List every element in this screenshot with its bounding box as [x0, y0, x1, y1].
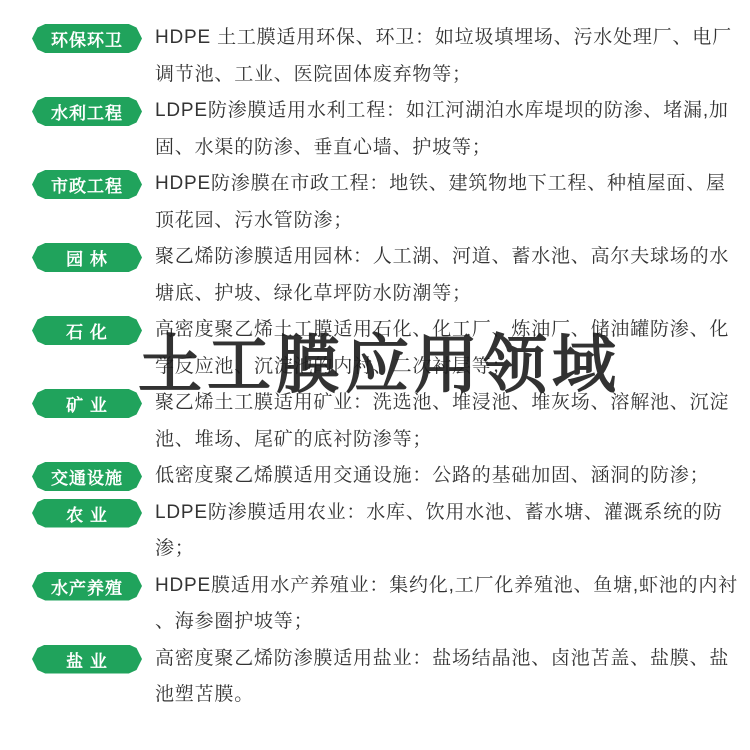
- category-description: 聚乙烯防渗膜适用园林：人工湖、河道、蓄水池、高尔夫球场的水塘底、护坡、绿化草坪防…: [155, 239, 729, 312]
- category-description: 高密度聚乙烯防渗膜适用盐业：盐场结晶池、卤池苫盖、盐膜、盐池塑苫膜。: [155, 641, 729, 714]
- description-line: 聚乙烯防渗膜适用园林：人工湖、河道、蓄水池、高尔夫球场的水: [155, 239, 729, 276]
- description-line: 低密度聚乙烯膜适用交通设施：公路的基础加固、涵洞的防渗；: [155, 458, 722, 495]
- description-line: HDPE 土工膜适用环保、环卫：如垃圾填埋场、污水处理厂、电厂: [155, 20, 732, 57]
- section-row: 园 林 聚乙烯防渗膜适用园林：人工湖、河道、蓄水池、高尔夫球场的水塘底、护坡、绿…: [32, 239, 722, 312]
- description-line: 聚乙烯土工膜适用矿业：洗选池、堆浸池、堆灰场、溶解池、沉淀: [155, 385, 729, 422]
- section-row: 矿 业 聚乙烯土工膜适用矿业：洗选池、堆浸池、堆灰场、溶解池、沉淀池、堆场、尾矿…: [32, 385, 722, 458]
- category-badge: 水利工程: [32, 97, 142, 126]
- section-row: 石 化 高密度聚乙烯土工膜适用石化、化工厂、炼油厂、储油罐防渗、化学反应池、沉淀…: [32, 312, 722, 385]
- category-badge: 交通设施: [32, 462, 142, 491]
- section-row: 盐 业 高密度聚乙烯防渗膜适用盐业：盐场结晶池、卤池苫盖、盐膜、盐池塑苫膜。: [32, 641, 722, 714]
- description-line: 渗；: [155, 531, 723, 568]
- section-row: 交通设施 低密度聚乙烯膜适用交通设施：公路的基础加固、涵洞的防渗；: [32, 458, 722, 495]
- section-row: 市政工程 HDPE防渗膜在市政工程：地铁、建筑物地下工程、种植屋面、屋顶花园、污…: [32, 166, 722, 239]
- description-line: 高密度聚乙烯土工膜适用石化、化工厂、炼油厂、储油罐防渗、化: [155, 312, 729, 349]
- description-line: 、海参圈护坡等；: [155, 604, 738, 641]
- category-description: LDPE防渗膜适用农业：水库、饮用水池、蓄水塘、灌溉系统的防渗；: [155, 495, 723, 568]
- category-description: 低密度聚乙烯膜适用交通设施：公路的基础加固、涵洞的防渗；: [155, 458, 722, 495]
- application-list: 环保环卫 HDPE 土工膜适用环保、环卫：如垃圾填埋场、污水处理厂、电厂调节池、…: [32, 20, 722, 714]
- section-row: 水产养殖 HDPE膜适用水产养殖业：集约化,工厂化养殖池、鱼塘,虾池的内衬、海参…: [32, 568, 722, 641]
- description-line: 高密度聚乙烯防渗膜适用盐业：盐场结晶池、卤池苫盖、盐膜、盐: [155, 641, 729, 678]
- category-badge: 石 化: [32, 316, 142, 345]
- category-description: HDPE 土工膜适用环保、环卫：如垃圾填埋场、污水处理厂、电厂调节池、工业、医院…: [155, 20, 732, 93]
- description-line: 塘底、护坡、绿化草坪防水防潮等；: [155, 276, 729, 313]
- category-description: HDPE防渗膜在市政工程：地铁、建筑物地下工程、种植屋面、屋顶花园、污水管防渗；: [155, 166, 726, 239]
- category-badge: 农 业: [32, 499, 142, 528]
- description-line: HDPE膜适用水产养殖业：集约化,工厂化养殖池、鱼塘,虾池的内衬: [155, 568, 738, 605]
- description-line: 池塑苫膜。: [155, 677, 729, 714]
- category-description: LDPE防渗膜适用水利工程：如江河湖泊水库堤坝的防渗、堵漏,加固、水渠的防渗、垂…: [155, 93, 729, 166]
- section-row: 农 业 LDPE防渗膜适用农业：水库、饮用水池、蓄水塘、灌溉系统的防渗；: [32, 495, 722, 568]
- category-description: HDPE膜适用水产养殖业：集约化,工厂化养殖池、鱼塘,虾池的内衬、海参圈护坡等；: [155, 568, 738, 641]
- category-badge: 市政工程: [32, 170, 142, 199]
- category-badge: 盐 业: [32, 645, 142, 674]
- description-line: HDPE防渗膜在市政工程：地铁、建筑物地下工程、种植屋面、屋: [155, 166, 726, 203]
- description-line: 学反应池、沉淀池的内衬、二次衬层等；: [155, 349, 729, 386]
- category-description: 聚乙烯土工膜适用矿业：洗选池、堆浸池、堆灰场、溶解池、沉淀池、堆场、尾矿的底衬防…: [155, 385, 729, 458]
- description-line: 池、堆场、尾矿的底衬防渗等；: [155, 422, 729, 459]
- description-line: LDPE防渗膜适用农业：水库、饮用水池、蓄水塘、灌溉系统的防: [155, 495, 723, 532]
- section-row: 水利工程 LDPE防渗膜适用水利工程：如江河湖泊水库堤坝的防渗、堵漏,加固、水渠…: [32, 93, 722, 166]
- section-row: 环保环卫 HDPE 土工膜适用环保、环卫：如垃圾填埋场、污水处理厂、电厂调节池、…: [32, 20, 722, 93]
- description-line: 调节池、工业、医院固体废弃物等；: [155, 57, 732, 94]
- category-badge: 矿 业: [32, 389, 142, 418]
- description-line: 固、水渠的防渗、垂直心墙、护坡等；: [155, 130, 729, 167]
- description-line: 顶花园、污水管防渗；: [155, 203, 726, 240]
- category-description: 高密度聚乙烯土工膜适用石化、化工厂、炼油厂、储油罐防渗、化学反应池、沉淀池的内衬…: [155, 312, 729, 385]
- category-badge: 环保环卫: [32, 24, 142, 53]
- category-badge: 水产养殖: [32, 572, 142, 601]
- category-badge: 园 林: [32, 243, 142, 272]
- description-line: LDPE防渗膜适用水利工程：如江河湖泊水库堤坝的防渗、堵漏,加: [155, 93, 729, 130]
